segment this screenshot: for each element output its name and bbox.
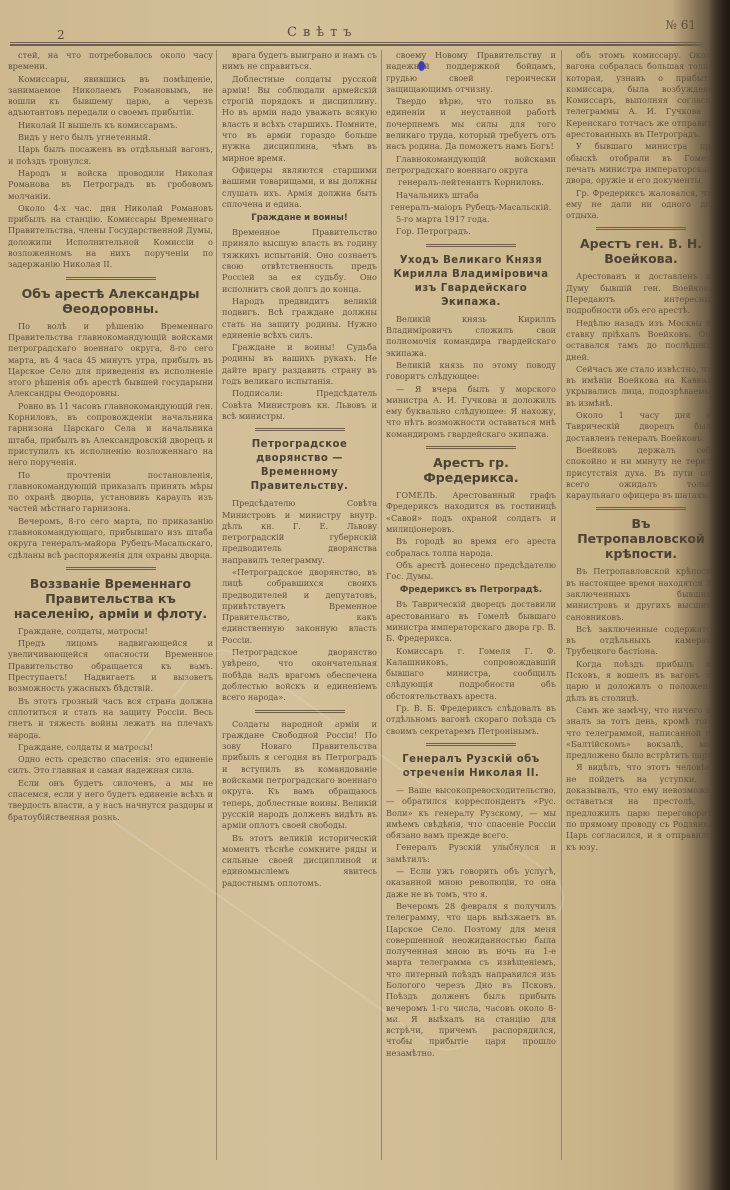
headline-arrest-voeikov: Арестъ ген. В. Н. Воейкова. [566,236,716,266]
paragraph: Подписали: Предсѣдатель Совѣта Министров… [222,388,377,422]
binding-spine [708,0,730,1190]
column-3: своему Новому Правительству и надежной п… [386,50,556,1140]
section-divider [66,277,156,280]
paragraph: Видъ у него былъ угнетенный. [8,132,213,143]
headline-arrest-alexandra: Объ арестѣ Александры Ѳеодоровны. [8,286,213,316]
paragraph: Офицеры являются старшими вашими товарищ… [222,165,377,210]
signature-line: генералъ-маіоръ Рубецъ-Масальскій. [386,202,556,213]
section-divider [596,507,686,510]
signature-line: Начальникъ штаба [386,190,556,201]
paragraph: объ этомъ комиссару. Около вагона собрал… [566,50,716,140]
ink-mark [418,61,425,71]
paragraph: Предъ лицомъ надвигающейся и увеличивающ… [8,638,213,694]
paragraph: — Я вчера былъ у морского министра А. И.… [386,384,556,440]
headline-grand-duke-kirill: Уходъ Великаго Князя Кирилла Владимірови… [393,253,549,309]
paragraph: — Если ужъ говорить объ услугѣ, оказанно… [386,866,556,900]
paragraph: Народъ и войска проводили Николая Романо… [8,168,213,202]
paragraph: Предсѣдателю Совѣта Министровъ и министр… [222,498,377,566]
page-number: 2 [57,28,65,42]
signature-line: Главнокомандующій войсками петроградскаг… [386,154,556,177]
paragraph: Царь былъ посаженъ въ отдѣльный вагонъ, … [8,144,213,167]
paragraph: Арестованъ и доставленъ въ Думу бывшій г… [566,271,716,316]
masthead-rule [10,42,705,46]
paragraph: Въ этотъ грозный часъ вся страна должна … [8,696,213,741]
subheading-frederiks-petrograd: Фредериксъ въ Петроградѣ. [386,585,556,596]
page-bottom-margin [0,1160,708,1190]
paragraph: Въ Петропавловской крѣпости въ настоящее… [566,566,716,622]
newspaper-title: Свѣтъ [287,25,358,40]
issue-number: № 61 [666,18,696,32]
paragraph: Доблестные солдаты русской арміи! Вы соб… [222,74,377,164]
paragraph: Вечеромъ 28 февраля я получилъ телеграмм… [386,901,556,1059]
section-divider [255,710,345,713]
headline-peter-paul-fortress: Въ Петропавловской крѣпости. [566,516,716,561]
paragraph: Граждане, солдаты и матросы! [8,742,213,753]
section-divider [426,743,516,746]
paragraph: стей, на что потребовалось около часу вр… [8,50,213,73]
paragraph: Граждане и воины! Судьба родины въ ваших… [222,342,377,387]
paragraph: Солдаты народной арміи и граждане Свобод… [222,719,377,832]
paragraph: Около 4-х час. дня Николай Романовъ приб… [8,203,213,271]
newspaper-page: 2 Свѣтъ № 61 стей, на что потребовалось … [0,0,730,1190]
paragraph: Народъ предвидитъ великій подвигъ. Всѣ г… [222,296,377,341]
signature-line: генералъ-лейтенантъ Корниловъ. [386,177,556,188]
paragraph: Великій князь Кириллъ Владиміровичъ слож… [386,314,556,359]
paragraph: По прочтеніи постановленія, главнокоманд… [8,470,213,515]
paragraph: Ровно въ 11 часовъ главнокомандующій ген… [8,401,213,469]
paragraph: Недѣлю назадъ изъ Москвы въ ставку пріѣх… [566,318,716,363]
column-4: объ этомъ комиссару. Около вагона собрал… [566,50,716,1140]
paragraph: Въ этотъ великій историческій моментъ тѣ… [222,833,377,889]
paragraph: Если онъ будетъ силоченъ, а мы не спасем… [8,778,213,823]
paragraph: По волѣ и рѣшенію Временнаго Правительст… [8,321,213,400]
paragraph: Гр. В. Б. Фредериксъ слѣдовалъ въ отдѣль… [386,703,556,737]
paragraph: Твердо вѣрю, что только въ единеніи и не… [386,96,556,152]
paragraph: Временное Правительство приняло высшую в… [222,227,377,295]
paragraph: Комиссары, явившись въ помѣщеніе, занима… [8,74,213,119]
signature-place: Гор. Петроградъ. [386,226,556,237]
paragraph: Самъ же замѣчу, что ничего не зналъ за т… [566,705,716,761]
paragraph: Петроградское дворянство увѣрено, что ок… [222,647,377,703]
headline-general-ruzsky: Генералъ Рузскій объ отреченіи Николая I… [393,752,549,780]
paragraph: — Ваше высокопревосходительство, — обрат… [386,785,556,841]
section-divider [66,567,156,570]
paragraph: Одно есть средство спасенія: это единені… [8,754,213,777]
subheading-citizens: Граждане и воины! [222,213,377,224]
paragraph: Въ Таврическій дворецъ доставили арестов… [386,599,556,644]
paragraph: Объ арестѣ донесено предсѣдателю Гос. Ду… [386,560,556,583]
paragraph: своему Новому Правительству и надежной п… [386,50,556,95]
paragraph: Воейковъ держалъ себя спокойно и ни мину… [566,445,716,501]
signature-date: 5-го марта 1917 года. [386,214,556,225]
paragraph: ГОМЕЛЬ. Арестованный графъ Фредериксъ на… [386,490,556,535]
paragraph: Когда поѣздъ прибылъ въ Псковъ, я вошелъ… [566,659,716,704]
paragraph: Въ городѣ во время его ареста собралась … [386,536,556,559]
column-divider [381,50,382,1160]
paragraph: Николай II вышелъ къ комиссарамъ. [8,120,213,131]
masthead: 2 Свѣтъ № 61 [12,24,702,44]
paragraph: Сейчасъ же стало извѣстно, что въ имѣніи… [566,364,716,409]
section-divider [596,227,686,230]
paragraph: «Петроградское дворянство, въ лицѣ собра… [222,567,377,646]
paragraph: Комиссаръ г. Гомеля Г. Ф. Калашниковъ, с… [386,646,556,702]
paragraph: Вечеромъ, 8-го сего марта, по приказанію… [8,516,213,561]
paragraph: Гр. Фредериксъ жаловался, что ему не дал… [566,188,716,222]
paragraph: Великій князь по этому поводу говоритъ с… [386,360,556,383]
column-divider [216,50,217,1160]
headline-petrograd-nobility: Петроградское дворянство — Временному Пр… [228,437,371,493]
paragraph: Граждане, солдаты, матросы! [8,626,213,637]
paragraph: Я видѣлъ, что этотъ человѣкъ не пойдетъ … [566,762,716,852]
section-divider [255,428,345,431]
section-divider [426,244,516,247]
headline-arrest-frederiks: Арестъ гр. Фредерикса. [386,455,556,485]
paragraph: Генералъ Рузскій улыбнулся и замѣтилъ: [386,842,556,865]
column-divider [561,50,562,1160]
section-divider [426,446,516,449]
column-2: врага будетъ выиграно и намъ съ нимъ не … [222,50,377,1140]
headline-appeal-government: Воззваніе Временнаго Правительства къ на… [8,576,213,621]
paragraph: У бывшаго министра при обыскѣ отобрали в… [566,141,716,186]
paragraph: Всѣ заключенные содержатся въ отдѣльныхъ… [566,624,716,658]
paragraph: врага будетъ выиграно и намъ съ нимъ не … [222,50,377,73]
column-1: стей, на что потребовалось около часу вр… [8,50,213,1140]
paragraph: Около 1 часу дня въ Таврическій дворецъ … [566,410,716,444]
